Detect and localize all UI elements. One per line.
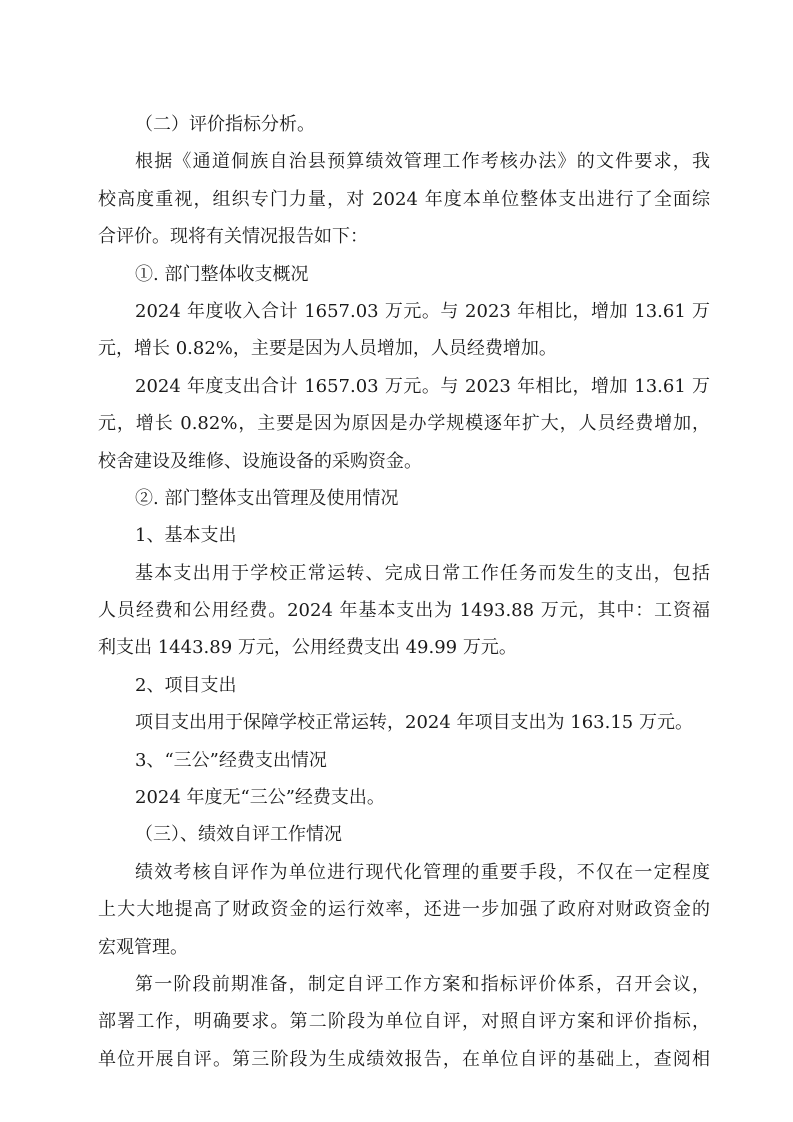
paragraph-line: 2024 年度支出合计 1657.03 万元。与 2023 年相比，增加 13.…	[98, 368, 710, 405]
paragraph-line: 人员经费和公用经费。2024 年基本支出为 1493.88 万元，其中：工资福	[98, 592, 710, 629]
section-heading-self-evaluation: （三）、绩效自评工作情况	[98, 816, 710, 853]
document-page: （二）评价指标分析。 根据《通道侗族自治县预算绩效管理工作考核办法》的文件要求，…	[98, 106, 710, 1078]
paragraph-line: 校高度重视，组织专门力量，对 2024 年度本单位整体支出进行了全面综	[98, 181, 710, 218]
paragraph-line: 合评价。现将有关情况报告如下：	[98, 218, 710, 255]
paragraph-line: 校舍建设及维修、设施设备的采购资金。	[98, 443, 710, 480]
paragraph-line: 元，增长 0.82%，主要是因为人员增加，人员经费增加。	[98, 330, 710, 367]
subheading-project-expense: 2、项目支出	[98, 667, 710, 704]
paragraph-line: 单位开展自评。第三阶段为生成绩效报告，在单位自评的基础上，查阅相	[98, 1041, 710, 1078]
paragraph-line: 基本支出用于学校正常运转、完成日常工作任务而发生的支出，包括	[98, 555, 710, 592]
paragraph-line: 元，增长 0.82%，主要是因为原因是办学规模逐年扩大，人员经费增加，	[98, 405, 710, 442]
paragraph-line: 绩效考核自评作为单位进行现代化管理的重要手段，不仅在一定程度	[98, 854, 710, 891]
paragraph-line: 利支出 1443.89 万元，公用经费支出 49.99 万元。	[98, 629, 710, 666]
paragraph-line: 宏观管理。	[98, 929, 710, 966]
subheading-basic-expense: 1、基本支出	[98, 517, 710, 554]
subheading-expense-management: ②. 部门整体支出管理及使用情况	[98, 480, 710, 517]
paragraph-line: 部署工作，明确要求。第二阶段为单位自评，对照自评方案和评价指标，	[98, 1003, 710, 1040]
paragraph-line: 根据《通道侗族自治县预算绩效管理工作考核办法》的文件要求，我	[98, 143, 710, 180]
paragraph-line: 2024 年度收入合计 1657.03 万元。与 2023 年相比，增加 13.…	[98, 293, 710, 330]
subheading-income-expense-overview: ①. 部门整体收支概况	[98, 256, 710, 293]
paragraph-line: 项目支出用于保障学校正常运转，2024 年项目支出为 163.15 万元。	[98, 704, 710, 741]
paragraph-line: 第一阶段前期准备，制定自评工作方案和指标评价体系，召开会议，	[98, 966, 710, 1003]
paragraph-line: 上大大地提高了财政资金的运行效率，还进一步加强了政府对财政资金的	[98, 891, 710, 928]
section-heading-evaluation-analysis: （二）评价指标分析。	[98, 106, 710, 143]
paragraph-line: 2024 年度无“三公”经费支出。	[98, 779, 710, 816]
subheading-three-public-expenses: 3、“三公”经费支出情况	[98, 742, 710, 779]
